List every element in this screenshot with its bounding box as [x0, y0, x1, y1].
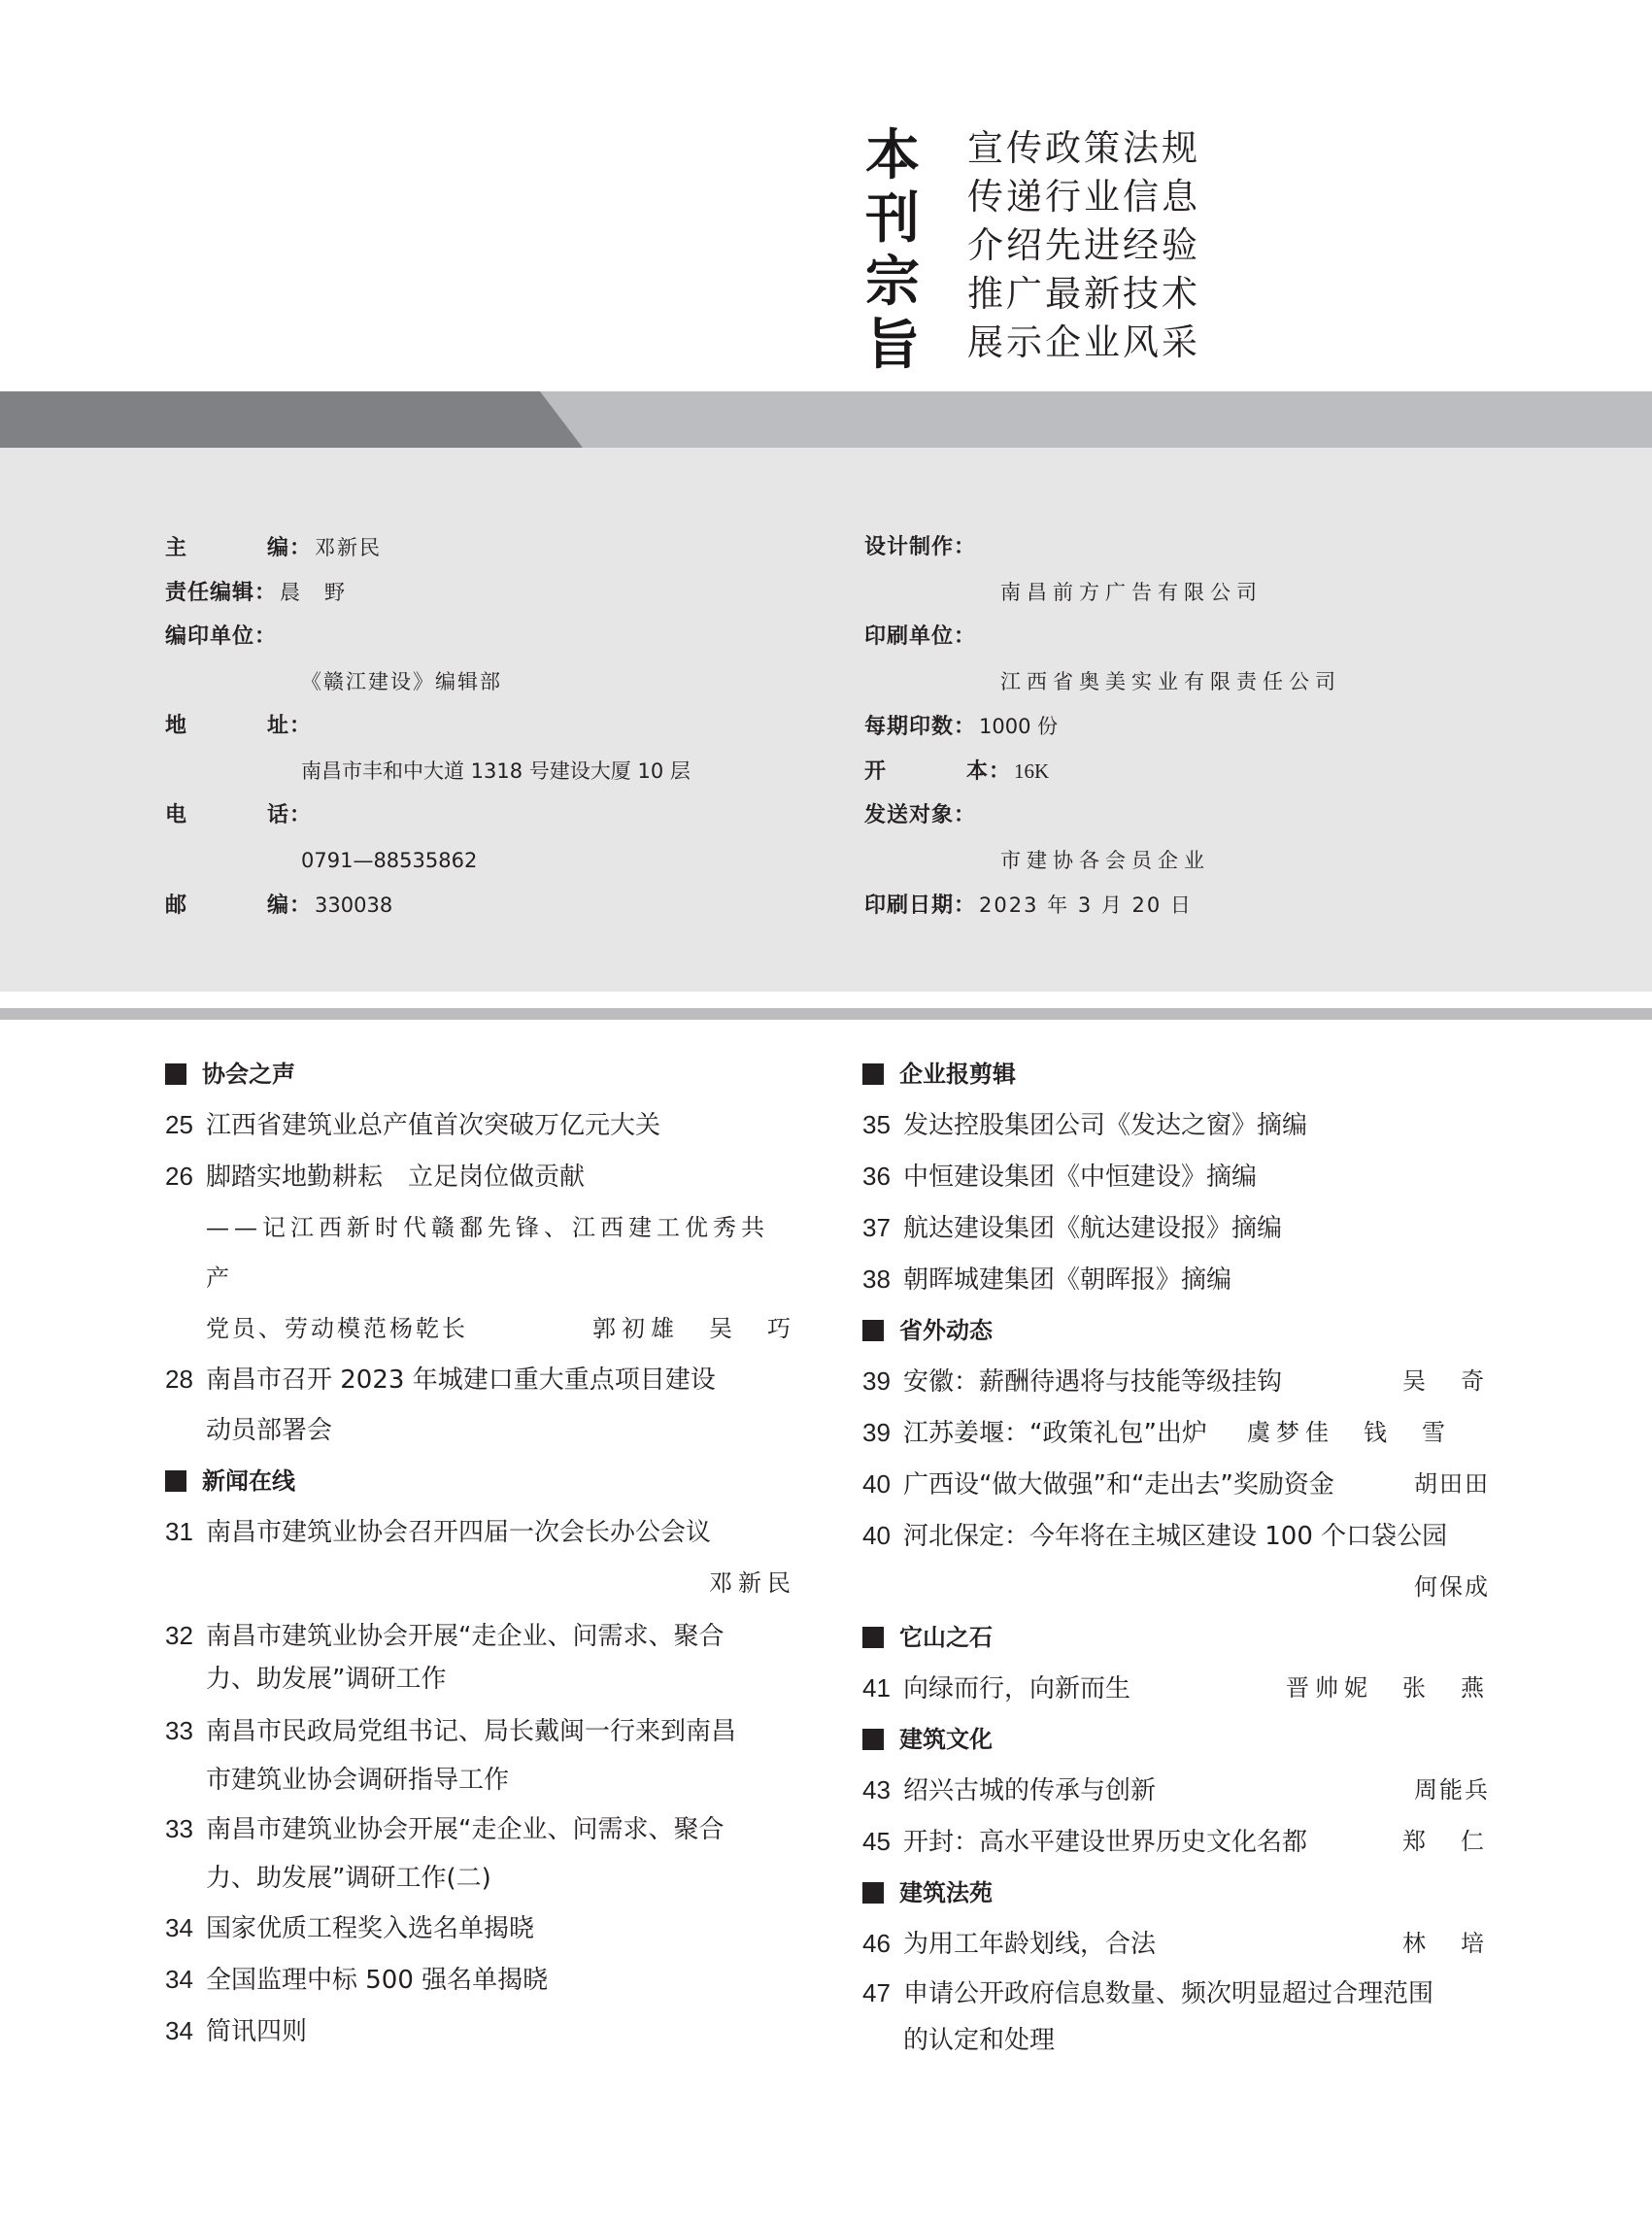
toc-entry[interactable]: 33南昌市建筑业协会开展“走企业、问需求、聚合 力、助发展”调研工作(二) — [165, 1804, 796, 1903]
toc-entry[interactable]: 35发达控股集团公司《发达之窗》摘编 — [862, 1099, 1490, 1151]
entry-title: 脚踏实地勤耕耘 立足岗位做贡献 — [206, 1163, 585, 1192]
page-number: 36 — [862, 1151, 903, 1201]
info-value: 1000 份 — [975, 715, 1058, 738]
masthead-slogans: 宣传政策法规 传递行业信息 介绍先进经验 推广最新技术 展示企业风采 — [967, 124, 1200, 367]
entry-author: 晋帅妮 张 燕 — [1286, 1663, 1490, 1713]
page-number: 46 — [862, 1918, 903, 1969]
masthead-char: 本 — [859, 124, 927, 187]
info-recipients-value: 市建协各会员企业 — [864, 838, 1341, 883]
page-number: 33 — [165, 1804, 206, 1853]
info-column-right: 设计制作： 南昌前方广告有限公司 印刷单位： 江西省奥美实业有限责任公司 每期印… — [864, 525, 1341, 927]
page-number: 35 — [862, 1099, 903, 1150]
entry-author: 郭初雄 吴 巧 — [592, 1303, 796, 1354]
slogan-line: 展示企业风采 — [967, 319, 1200, 367]
section-title: 建筑文化 — [899, 1714, 993, 1765]
colon: ： — [254, 624, 276, 649]
info-label: 编印单位 — [165, 615, 254, 659]
label-char: 编 — [267, 884, 289, 928]
entry-title: 简讯四则 — [206, 2017, 307, 2046]
info-value: 330038 — [311, 893, 392, 917]
entry-title-continued: 市建筑业协会调研指导工作 — [165, 1756, 796, 1804]
toc-section-heading: 协会之声 — [165, 1049, 796, 1099]
label-char: 本 — [966, 750, 989, 794]
publication-info-panel: 主编：邓新民 责任编辑：晨 野 编印单位： 《赣江建设》编辑部 地址： 南昌市丰… — [0, 448, 1652, 992]
page-number: 33 — [165, 1706, 206, 1755]
toc-entry[interactable]: 47申请公开政府信息数量、频次明显超过合理范围 的认定和处理 — [862, 1970, 1490, 2064]
page-number: 34 — [165, 1954, 206, 2005]
masthead-char: 宗 — [859, 251, 927, 314]
toc-entry[interactable]: 34简讯四则 — [165, 2006, 796, 2057]
info-phone-value: 0791—88535862 — [165, 838, 691, 883]
info-label: 发送对象 — [864, 793, 954, 838]
label-char: 邮 — [165, 884, 187, 928]
toc-entry[interactable]: 40河北保定：今年将在主城区建设 100 个口袋公园 何保成 — [862, 1510, 1490, 1612]
toc-section-heading: 企业报剪辑 — [862, 1049, 1490, 1099]
page-number: 32 — [165, 1614, 206, 1657]
square-bullet-icon — [862, 1729, 884, 1750]
info-value: 2023 年 3 月 20 日 — [975, 893, 1193, 917]
slogan-line: 介绍先进经验 — [967, 221, 1200, 270]
page-number: 26 — [165, 1151, 206, 1201]
section-title: 新闻在线 — [202, 1456, 295, 1506]
toc-entry[interactable]: 34国家优质工程奖入选名单揭晓 — [165, 1903, 796, 1954]
info-print-date: 印刷日期：2023 年 3 月 20 日 — [864, 883, 1341, 927]
info-label: 设计制作 — [864, 525, 954, 570]
info-printer-value: 江西省奥美实业有限责任公司 — [864, 659, 1341, 704]
info-value: 南昌市丰和中大道 1318 号建设大厦 10 层 — [297, 759, 691, 783]
colon: ： — [289, 893, 311, 918]
colon: ： — [954, 803, 975, 827]
toc-section-heading: 新闻在线 — [165, 1456, 796, 1506]
page-number: 40 — [862, 1510, 903, 1561]
info-value: 16K — [1010, 759, 1049, 783]
toc-entry[interactable]: 34全国监理中标 500 强名单揭晓 — [165, 1954, 796, 2006]
page-number: 43 — [862, 1765, 903, 1815]
page-number: 34 — [165, 2006, 206, 2056]
entry-title: 朝晖城建集团《朝晖报》摘编 — [903, 1265, 1231, 1295]
entry-author: 郑 仁 — [1402, 1816, 1490, 1867]
square-bullet-icon — [862, 1063, 884, 1085]
info-value: 《赣江建设》编辑部 — [297, 670, 502, 693]
section-title: 省外动态 — [899, 1305, 993, 1356]
toc-entry[interactable]: 43绍兴古城的传承与创新 周能兵 — [862, 1765, 1490, 1816]
toc-column-right: 企业报剪辑 35发达控股集团公司《发达之窗》摘编 36中恒建设集团《中恒建设》摘… — [862, 1049, 1490, 2064]
colon: ： — [254, 581, 276, 605]
entry-title: 南昌市召开 2023 年城建口重大重点项目建设 — [206, 1365, 716, 1395]
page-number: 45 — [862, 1816, 903, 1867]
page-number: 25 — [165, 1099, 206, 1150]
square-bullet-icon — [862, 1320, 884, 1341]
entry-title: 全国监理中标 500 强名单揭晓 — [206, 1966, 548, 1995]
page-number: 41 — [862, 1663, 903, 1713]
toc-section-heading: 它山之石 — [862, 1612, 1490, 1663]
info-column-left: 主编：邓新民 责任编辑：晨 野 编印单位： 《赣江建设》编辑部 地址： 南昌市丰… — [165, 525, 691, 927]
info-recipients-label: 发送对象： — [864, 793, 1341, 838]
entry-title: 南昌市民政局党组书记、局长戴闽一行来到南昌 — [206, 1717, 736, 1746]
info-label: 每期印数 — [864, 705, 954, 750]
square-bullet-icon — [165, 1063, 186, 1085]
entry-subtitle-line: 党员、劳动模范杨乾长 郭初雄 吴 巧 — [165, 1303, 796, 1354]
toc-entry[interactable]: 26脚踏实地勤耕耘 立足岗位做贡献 ——记江西新时代赣鄱先锋、江西建工优秀共产 … — [165, 1151, 796, 1354]
entry-title: 发达控股集团公司《发达之窗》摘编 — [903, 1111, 1307, 1140]
label-char: 址 — [267, 704, 289, 749]
entry-title-continued: 力、助发展”调研工作(二) — [165, 1854, 796, 1903]
label-char: 话 — [267, 793, 289, 838]
entry-title: 中恒建设集团《中恒建设》摘编 — [903, 1163, 1257, 1192]
toc-entry[interactable]: 25江西省建筑业总产值首次突破万亿元大关 — [165, 1099, 796, 1151]
info-design-label: 设计制作： — [864, 525, 1341, 570]
page-number: 47 — [862, 1970, 903, 2016]
info-chief-editor: 主编：邓新民 — [165, 525, 691, 570]
slogan-line: 宣传政策法规 — [967, 124, 1200, 173]
entry-subtitle: ——记江西新时代赣鄱先锋、江西建工优秀共产 — [165, 1202, 796, 1303]
entry-author: 吴 奇 — [1402, 1356, 1490, 1406]
entry-title: 国家优质工程奖入选名单揭晓 — [206, 1914, 534, 1943]
label-char: 地 — [165, 704, 187, 749]
toc-entry[interactable]: 33南昌市民政局党组书记、局长戴闽一行来到南昌 市建筑业协会调研指导工作 — [165, 1706, 796, 1804]
entry-author: 周能兵 — [1414, 1765, 1490, 1815]
colon: ： — [289, 536, 311, 560]
entry-author: 胡田田 — [1414, 1459, 1490, 1509]
toc-entry[interactable]: 39江苏姜堰：“政策礼包”出炉 虞梦佳 钱 雪 — [862, 1407, 1490, 1459]
info-value: 江西省奥美实业有限责任公司 — [996, 670, 1341, 693]
info-printer-label: 印刷单位： — [864, 615, 1341, 659]
page-number: 39 — [862, 1356, 903, 1406]
masthead-title: 本 刊 宗 旨 — [859, 124, 927, 377]
masthead-char: 刊 — [859, 187, 927, 251]
entry-title: 广西设“做大做强”和“走出去”奖励资金 — [903, 1470, 1334, 1500]
info-address-label: 地址： — [165, 704, 691, 749]
page-number: 37 — [862, 1202, 903, 1253]
toc-column-left: 协会之声 25江西省建筑业总产值首次突破万亿元大关 26脚踏实地勤耕耘 立足岗位… — [165, 1049, 796, 2057]
entry-title: 南昌市建筑业协会开展“走企业、问需求、聚合 — [206, 1622, 724, 1651]
page-number: 38 — [862, 1254, 903, 1304]
entry-title-continued: 的认定和处理 — [862, 2017, 1490, 2064]
entry-title: 开封：高水平建设世界历史文化名都 — [903, 1828, 1307, 1857]
entry-title: 河北保定：今年将在主城区建设 100 个口袋公园 — [903, 1522, 1447, 1551]
info-value: 南昌前方广告有限公司 — [996, 581, 1263, 604]
toc-entry[interactable]: 45开封：高水平建设世界历史文化名都 郑 仁 — [862, 1816, 1490, 1868]
page-number: 40 — [862, 1459, 903, 1509]
entry-title: 江苏姜堰：“政策礼包”出炉 — [903, 1419, 1207, 1448]
entry-author: 虞梦佳 钱 雪 — [1247, 1407, 1451, 1458]
square-bullet-icon — [862, 1882, 884, 1904]
toc-entry[interactable]: 28南昌市召开 2023 年城建口重大重点项目建设 动员部署会 — [165, 1354, 796, 1456]
entry-title: 安徽：薪酬待遇将与技能等级挂钩 — [903, 1367, 1282, 1397]
toc-entry[interactable]: 37航达建设集团《航达建设报》摘编 — [862, 1202, 1490, 1254]
entry-title: 为用工年龄划线，合法 — [903, 1930, 1156, 1959]
info-label: 印刷单位 — [864, 615, 954, 659]
info-value: 邓新民 — [311, 536, 382, 559]
entry-author: 邓新民 — [165, 1558, 796, 1608]
entry-title: 南昌市建筑业协会召开四届一次会长办公会议 — [206, 1518, 711, 1547]
section-title: 建筑法苑 — [899, 1868, 993, 1918]
label-char: 编 — [267, 526, 289, 571]
info-label: 印刷日期 — [864, 884, 954, 928]
info-phone-label: 电话： — [165, 793, 691, 838]
toc-entry[interactable]: 41向绿而行，向新而生 晋帅妮 张 燕 — [862, 1663, 1490, 1714]
entry-title: 江西省建筑业总产值首次突破万亿元大关 — [206, 1111, 660, 1140]
entry-title: 绍兴古城的传承与创新 — [903, 1776, 1156, 1805]
entry-title: 南昌市建筑业协会开展“走企业、问需求、聚合 — [206, 1815, 724, 1844]
toc-entry[interactable]: 39安徽：薪酬待遇将与技能等级挂钩 吴 奇 — [862, 1356, 1490, 1407]
toc-entry[interactable]: 31南昌市建筑业协会召开四届一次会长办公会议 邓新民 — [165, 1506, 796, 1608]
toc-entry[interactable]: 38朝晖城建集团《朝晖报》摘编 — [862, 1254, 1490, 1305]
info-value: 晨 野 — [276, 581, 347, 604]
section-title: 协会之声 — [202, 1049, 295, 1099]
slogan-line: 推广最新技术 — [967, 270, 1200, 319]
colon: ： — [954, 893, 975, 918]
toc-section-heading: 省外动态 — [862, 1305, 1490, 1356]
square-bullet-icon — [862, 1627, 884, 1648]
info-address-value: 南昌市丰和中大道 1318 号建设大厦 10 层 — [165, 749, 691, 793]
label-char: 主 — [165, 526, 187, 571]
toc-entry[interactable]: 32南昌市建筑业协会开展“走企业、问需求、聚合 力、助发展”调研工作 — [165, 1614, 796, 1701]
toc-entry[interactable]: 40广西设“做大做强”和“走出去”奖励资金 胡田田 — [862, 1459, 1490, 1510]
masthead-char: 旨 — [859, 314, 927, 377]
info-editing-unit-value: 《赣江建设》编辑部 — [165, 659, 691, 704]
entry-title-continued: 动员部署会 — [165, 1405, 796, 1456]
colon: ： — [954, 624, 975, 649]
entry-title: 向绿而行，向新而生 — [903, 1674, 1130, 1703]
entry-author: 何保成 — [862, 1562, 1490, 1612]
toc-section-heading: 建筑法苑 — [862, 1868, 1490, 1918]
info-label: 责任编辑 — [165, 571, 254, 616]
page-number: 34 — [165, 1903, 206, 1953]
colon: ： — [289, 803, 311, 827]
page-number: 39 — [862, 1407, 903, 1458]
page-number: 31 — [165, 1506, 206, 1557]
label-char: 电 — [165, 793, 187, 838]
toc-entry[interactable]: 36中恒建设集团《中恒建设》摘编 — [862, 1151, 1490, 1202]
info-print-run: 每期印数：1000 份 — [864, 704, 1341, 749]
colon: ： — [954, 715, 975, 739]
colon: ： — [289, 714, 311, 738]
info-format: 开本：16K — [864, 749, 1341, 793]
toc-section-heading: 建筑文化 — [862, 1714, 1490, 1765]
section-title: 企业报剪辑 — [899, 1049, 1016, 1099]
entry-title-continued: 力、助发展”调研工作 — [165, 1658, 796, 1701]
info-design-value: 南昌前方广告有限公司 — [864, 570, 1341, 615]
section-title: 它山之石 — [899, 1612, 993, 1663]
info-responsible-editor: 责任编辑：晨 野 — [165, 570, 691, 615]
info-value: 市建协各会员企业 — [996, 849, 1210, 872]
banner-stripe-dark — [0, 391, 583, 448]
separator-bar — [0, 1008, 1652, 1020]
info-value: 0791—88535862 — [297, 849, 477, 872]
colon: ： — [954, 535, 975, 559]
slogan-line: 传递行业信息 — [967, 173, 1200, 221]
info-editing-unit-label: 编印单位： — [165, 615, 691, 659]
label-char: 开 — [864, 750, 887, 794]
entry-author: 林 培 — [1402, 1918, 1490, 1969]
toc-entry[interactable]: 46为用工年龄划线，合法 林 培 — [862, 1918, 1490, 1970]
entry-title: 航达建设集团《航达建设报》摘编 — [903, 1214, 1282, 1243]
entry-title: 申请公开政府信息数量、频次明显超过合理范围 — [903, 1979, 1433, 2008]
square-bullet-icon — [165, 1470, 186, 1492]
colon: ： — [989, 759, 1010, 784]
page-number: 28 — [165, 1354, 206, 1404]
entry-subtitle: 党员、劳动模范杨乾长 — [206, 1315, 468, 1342]
info-postcode: 邮编：330038 — [165, 883, 691, 927]
